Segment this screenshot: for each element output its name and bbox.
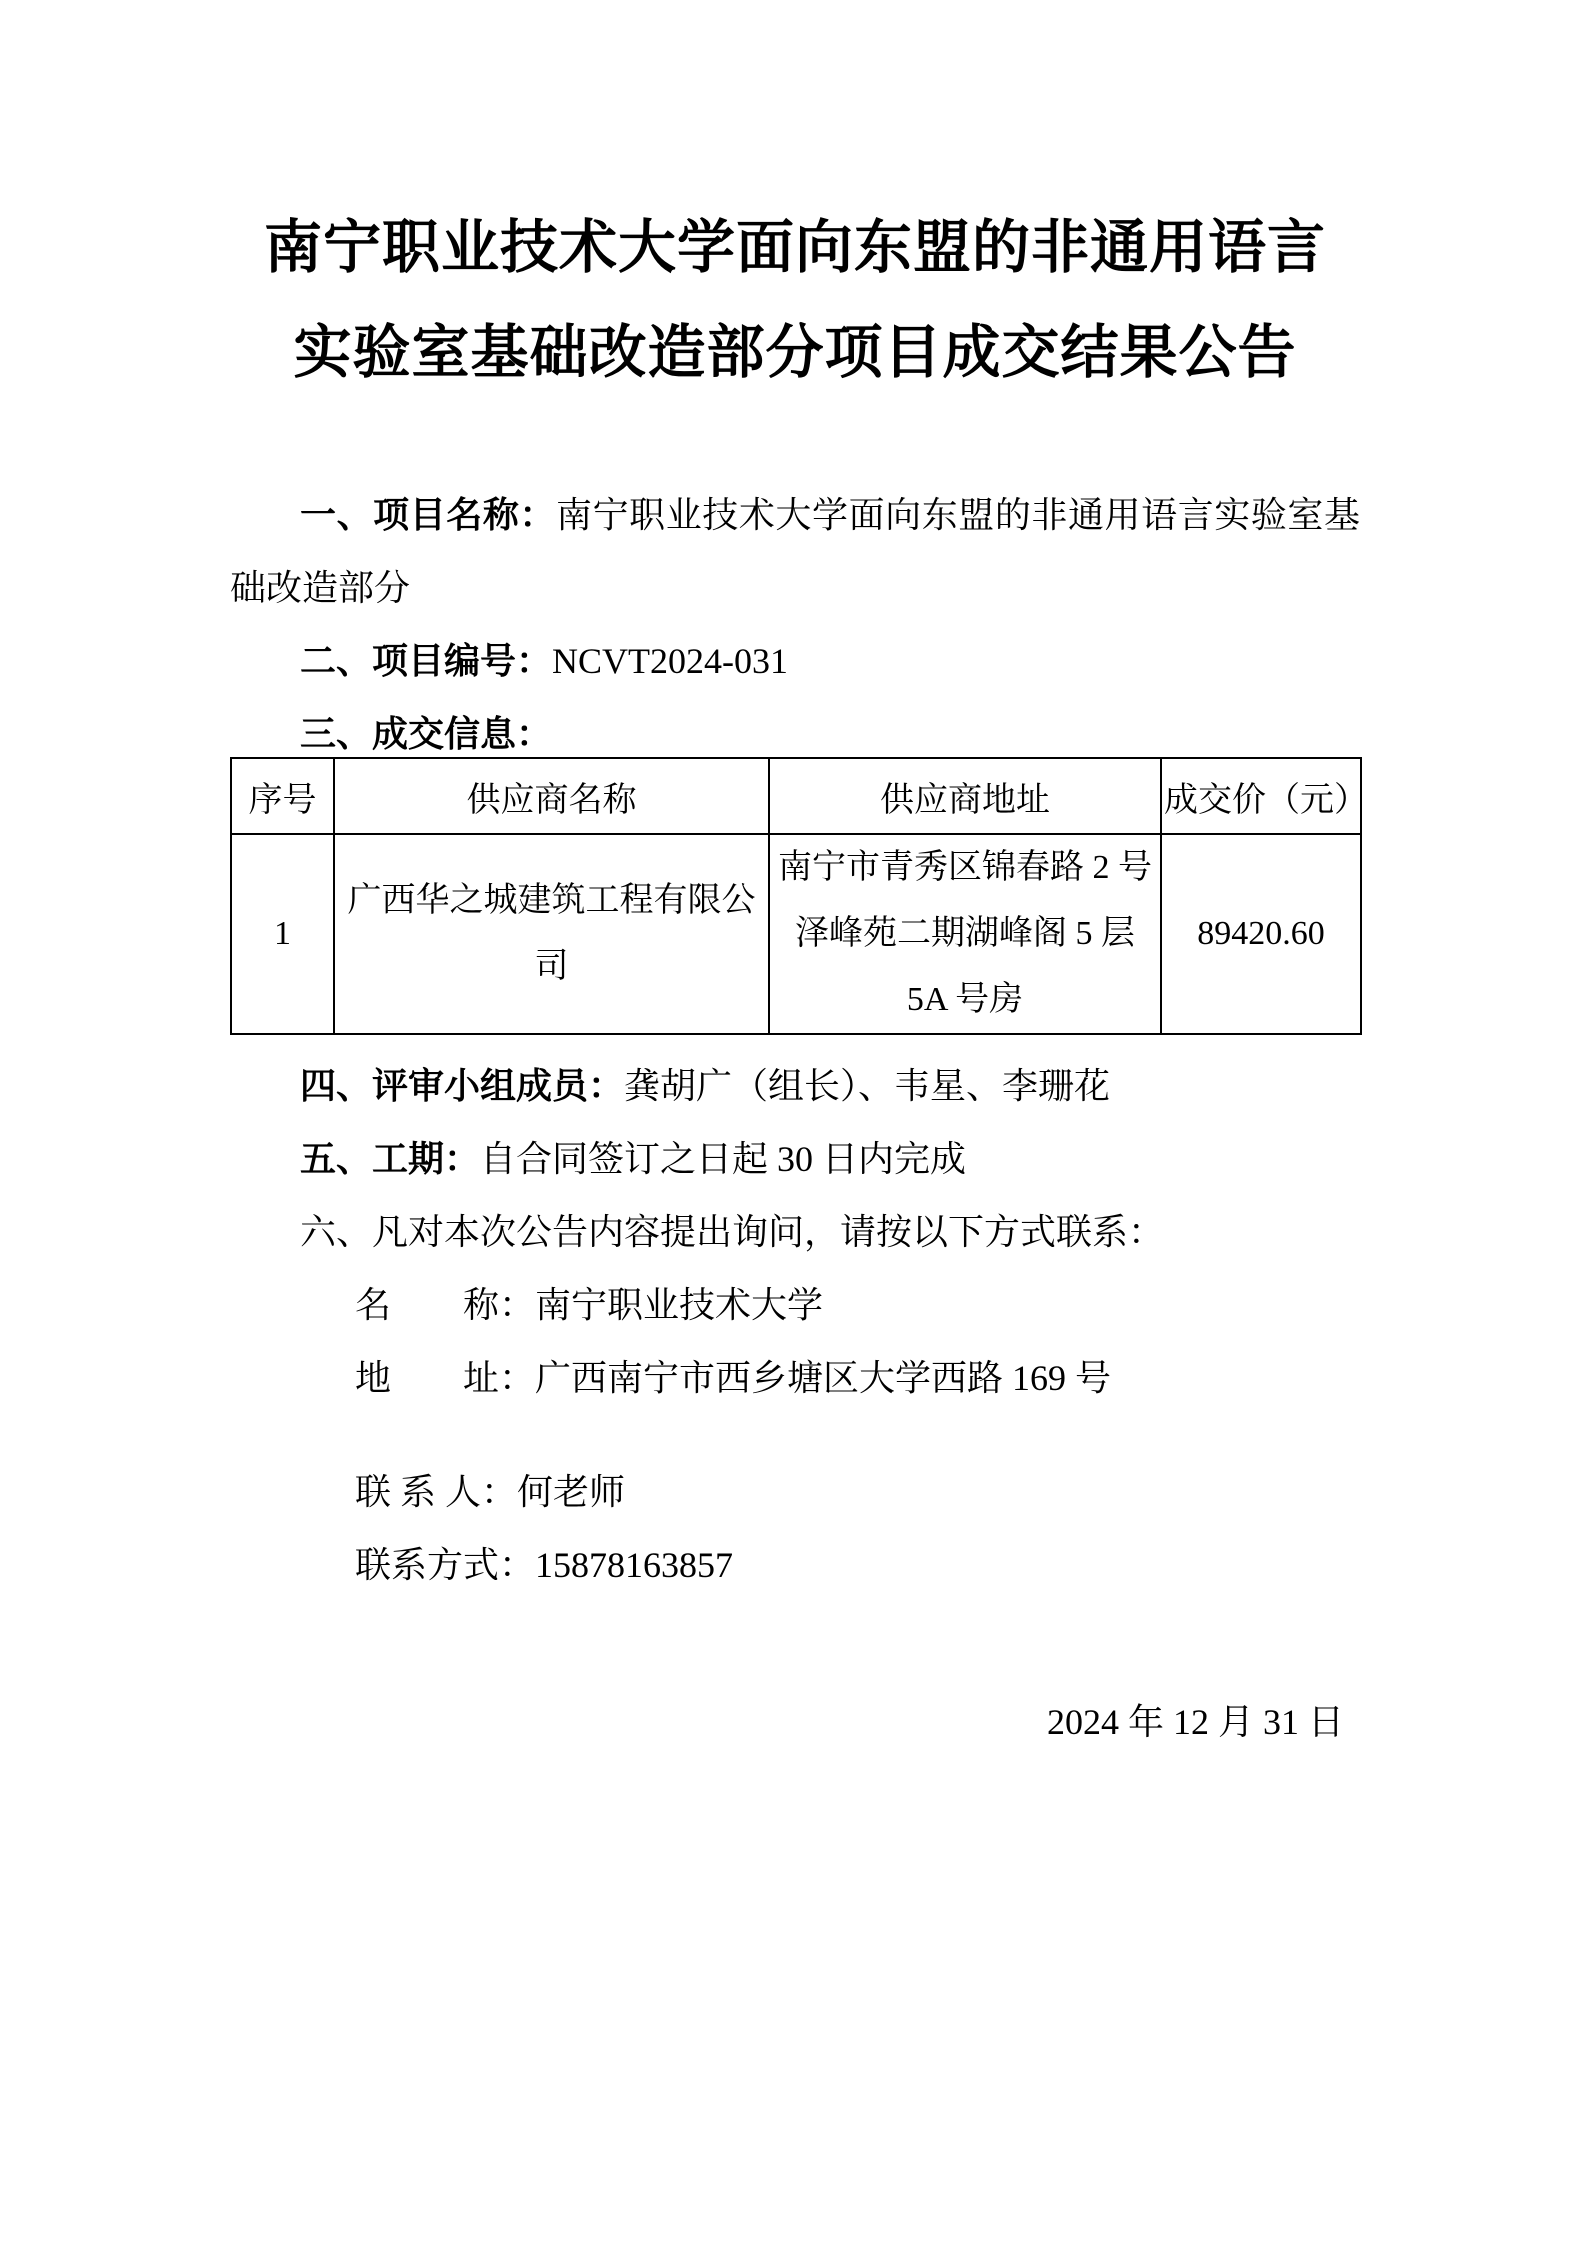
- contact-person-label: 联 系 人：: [355, 1472, 517, 1512]
- cell-serial: 1: [231, 834, 334, 1034]
- contact-address-label: 地 址：: [355, 1358, 535, 1398]
- contact-phone-value: 15878163857: [535, 1545, 733, 1585]
- contact-name-row: 名 称：南宁职业技术大学: [355, 1269, 1360, 1342]
- contact-address-value: 广西南宁市西乡塘区大学西路 169 号: [535, 1358, 1111, 1398]
- section-award-info-label: 三、成交信息：: [300, 714, 552, 754]
- section-review-panel: 四、评审小组成员：龚胡广（组长）、韦星、李珊花: [230, 1050, 1360, 1123]
- section-duration: 五、工期：自合同签订之日起 30 日内完成: [230, 1123, 1360, 1196]
- section-review-panel-value: 龚胡广（组长）、韦星、李珊花: [624, 1066, 1110, 1106]
- section-project-number-value: NCVT2024-031: [552, 641, 788, 681]
- award-info-table: 序号 供应商名称 供应商地址 成交价（元） 1 广西华之城建筑工程有限公司 南宁…: [230, 757, 1362, 1035]
- section-project-name-label: 一、项目名称：: [300, 495, 556, 535]
- contact-person-value: 何老师: [517, 1472, 625, 1512]
- section-inquiry-notice-text: 六、凡对本次公告内容提出询问，请按以下方式联系：: [300, 1212, 1164, 1252]
- cell-price: 89420.60: [1161, 834, 1361, 1034]
- document-content: 南宁职业技术大学面向东盟的非通用语言 实验室基础改造部分项目成交结果公告 一、项…: [0, 195, 1587, 1759]
- contact-name-value: 南宁职业技术大学: [535, 1285, 823, 1325]
- section-project-number-label: 二、项目编号：: [300, 641, 552, 681]
- contact-phone-label: 联系方式：: [355, 1545, 535, 1585]
- col-header-supplier-address: 供应商地址: [769, 758, 1161, 834]
- col-header-price: 成交价（元）: [1161, 758, 1361, 834]
- title-line-2: 实验室基础改造部分项目成交结果公告: [293, 320, 1296, 385]
- section-review-panel-label: 四、评审小组成员：: [300, 1066, 624, 1106]
- title-line-1: 南宁职业技术大学面向东盟的非通用语言: [264, 215, 1326, 280]
- document-title: 南宁职业技术大学面向东盟的非通用语言 实验室基础改造部分项目成交结果公告: [230, 195, 1360, 405]
- contact-address-row: 地 址：广西南宁市西乡塘区大学西路 169 号: [355, 1342, 1360, 1415]
- table-row: 1 广西华之城建筑工程有限公司 南宁市青秀区锦春路 2 号泽峰苑二期湖峰阁 5 …: [231, 834, 1361, 1034]
- section-project-name: 一、项目名称：南宁职业技术大学面向东盟的非通用语言实验室基础改造部分: [230, 479, 1360, 625]
- contact-phone-row: 联系方式：15878163857: [355, 1529, 1360, 1602]
- document-page: 南宁职业技术大学面向东盟的非通用语言 实验室基础改造部分项目成交结果公告 一、项…: [0, 0, 1587, 2245]
- document-date: 2024 年 12 月 31 日: [230, 1686, 1360, 1759]
- cell-supplier-name: 广西华之城建筑工程有限公司: [334, 834, 769, 1034]
- section-duration-value: 自合同签订之日起 30 日内完成: [480, 1139, 966, 1179]
- section-duration-label: 五、工期：: [300, 1139, 480, 1179]
- section-project-number: 二、项目编号：NCVT2024-031: [230, 625, 1360, 698]
- contact-name-label: 名 称：: [355, 1285, 535, 1325]
- section-inquiry-notice: 六、凡对本次公告内容提出询问，请按以下方式联系：: [230, 1196, 1360, 1269]
- document-date-text: 2024 年 12 月 31 日: [1047, 1702, 1344, 1742]
- cell-supplier-address: 南宁市青秀区锦春路 2 号泽峰苑二期湖峰阁 5 层 5A 号房: [769, 834, 1161, 1034]
- contact-person-row: 联 系 人：何老师: [355, 1456, 1360, 1529]
